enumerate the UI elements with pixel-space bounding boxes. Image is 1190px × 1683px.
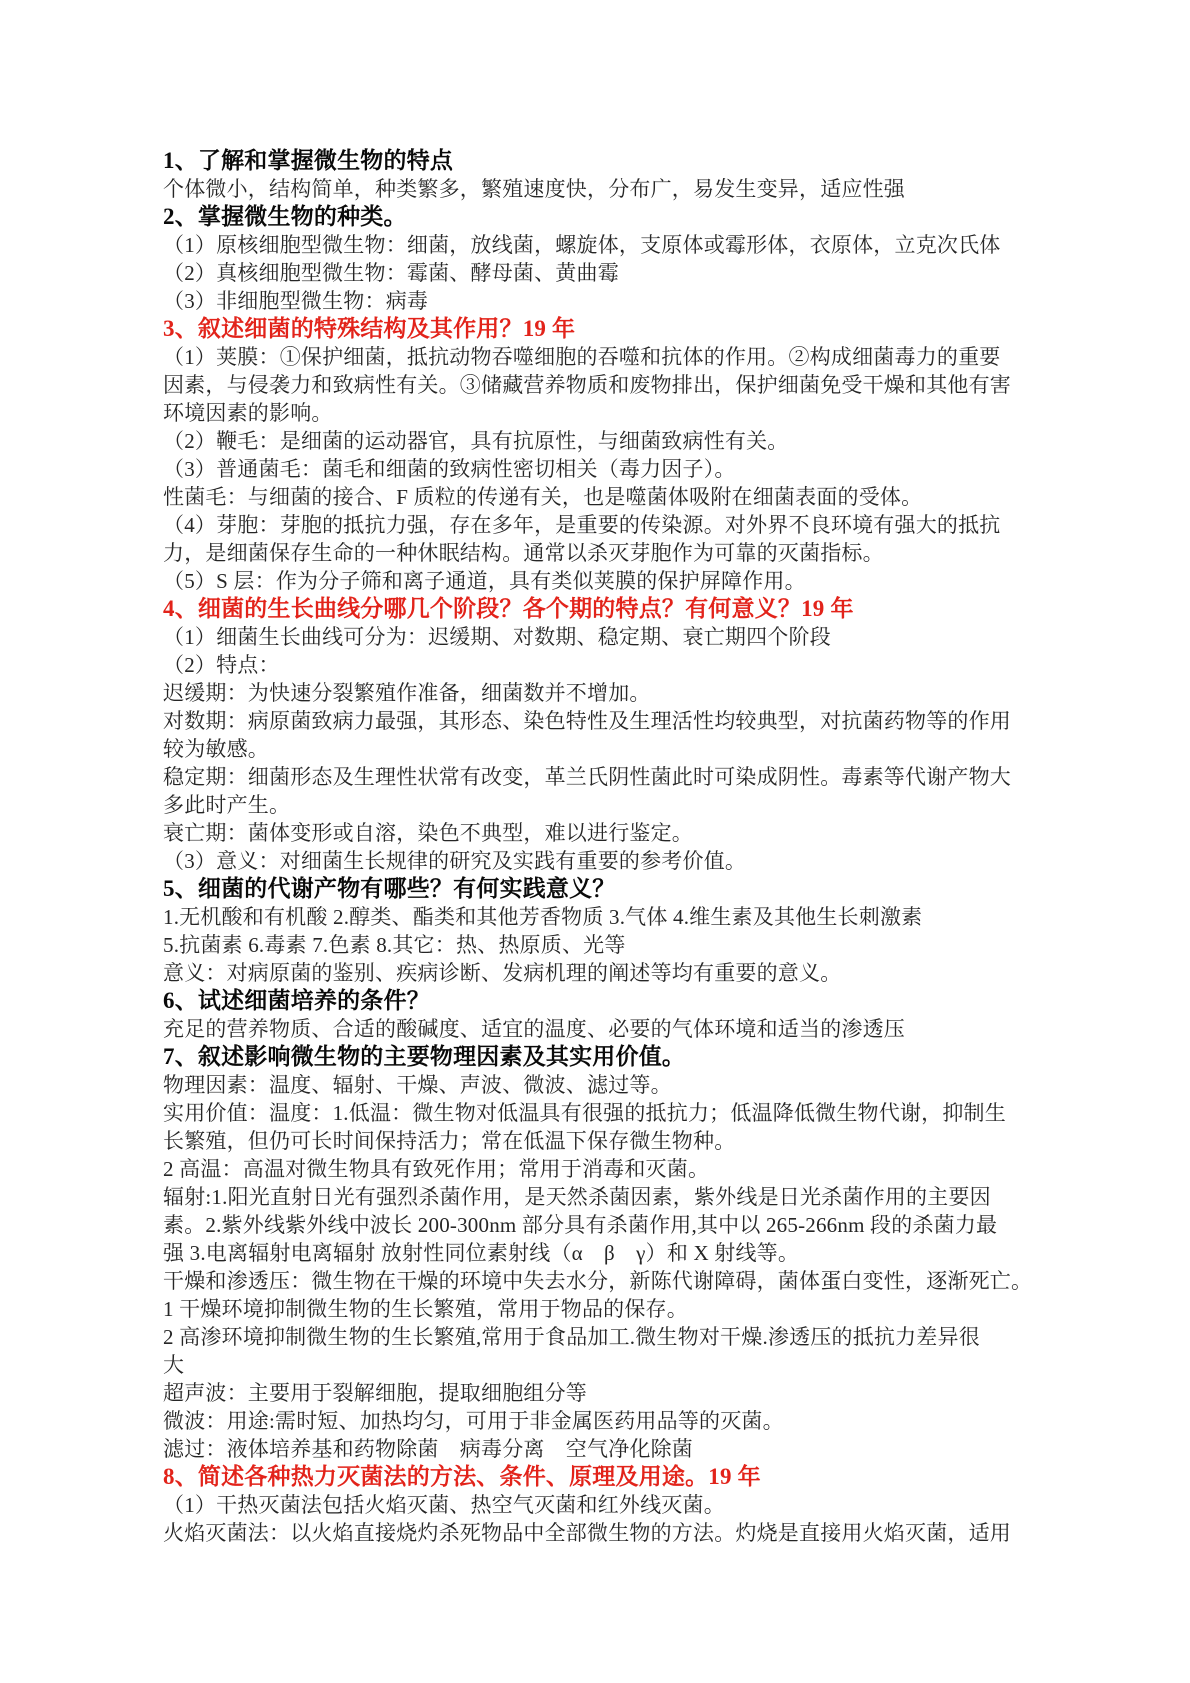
document-line: 多此时产生。 bbox=[163, 791, 1043, 819]
document-line: 意义：对病原菌的鉴别、疾病诊断、发病机理的阐述等均有重要的意义。 bbox=[163, 959, 1043, 987]
document-line: （5）S 层：作为分子筛和离子通道，具有类似荚膜的保护屏障作用。 bbox=[163, 567, 1043, 595]
document-line: （2）真核细胞型微生物：霉菌、酵母菌、黄曲霉 bbox=[163, 259, 1043, 287]
document-line: 2 高渗环境抑制微生物的生长繁殖,常用于食品加工.微生物对干燥.渗透压的抵抗力差… bbox=[163, 1323, 1043, 1351]
document-line: （2）鞭毛：是细菌的运动器官，具有抗原性，与细菌致病性有关。 bbox=[163, 427, 1043, 455]
document-line: （4）芽胞：芽胞的抵抗力强，存在多年，是重要的传染源。对外界不良环境有强大的抵抗 bbox=[163, 511, 1043, 539]
document-heading: 3、叙述细菌的特殊结构及其作用？19 年 bbox=[163, 315, 1043, 343]
document-line: （1）干热灭菌法包括火焰灭菌、热空气灭菌和红外线灭菌。 bbox=[163, 1491, 1043, 1519]
document-line: 长繁殖，但仍可长时间保持活力；常在低温下保存微生物种。 bbox=[163, 1127, 1043, 1155]
document-line: 性菌毛：与细菌的接合、F 质粒的传递有关，也是噬菌体吸附在细菌表面的受体。 bbox=[163, 483, 1043, 511]
document-line: 因素，与侵袭力和致病性有关。③储藏营养物质和废物排出，保护细菌免受干燥和其他有害 bbox=[163, 371, 1043, 399]
document-line: 辐射:1.阳光直射日光有强烈杀菌作用，是天然杀菌因素，紫外线是日光杀菌作用的主要… bbox=[163, 1183, 1043, 1211]
document-lines: 1、了解和掌握微生物的特点个体微小，结构简单，种类繁多，繁殖速度快，分布广，易发… bbox=[163, 147, 1043, 1547]
document-heading: 8、简述各种热力灭菌法的方法、条件、原理及用途。19 年 bbox=[163, 1463, 1043, 1491]
document-heading: 7、叙述影响微生物的主要物理因素及其实用价值。 bbox=[163, 1043, 1043, 1071]
document-line: 衰亡期：菌体变形或自溶，染色不典型，难以进行鉴定。 bbox=[163, 819, 1043, 847]
document-line: 1 干燥环境抑制微生物的生长繁殖，常用于物品的保存。 bbox=[163, 1295, 1043, 1323]
document-line: 2 高温：高温对微生物具有致死作用；常用于消毒和灭菌。 bbox=[163, 1155, 1043, 1183]
document-heading: 6、试述细菌培养的条件？ bbox=[163, 987, 1043, 1015]
document-line: 对数期：病原菌致病力最强，其形态、染色特性及生理活性均较典型，对抗菌药物等的作用 bbox=[163, 707, 1043, 735]
document-line: （3）普通菌毛：菌毛和细菌的致病性密切相关（毒力因子）。 bbox=[163, 455, 1043, 483]
document-line: 火焰灭菌法：以火焰直接烧灼杀死物品中全部微生物的方法。灼烧是直接用火焰灭菌，适用 bbox=[163, 1519, 1043, 1547]
document-line: 微波：用途:需时短、加热均匀，可用于非金属医药用品等的灭菌。 bbox=[163, 1407, 1043, 1435]
document-line: 大 bbox=[163, 1351, 1043, 1379]
document-line: 干燥和渗透压：微生物在干燥的环境中失去水分，新陈代谢障碍，菌体蛋白变性，逐渐死亡… bbox=[163, 1267, 1043, 1295]
document-line: （3）非细胞型微生物：病毒 bbox=[163, 287, 1043, 315]
document-line: 环境因素的影响。 bbox=[163, 399, 1043, 427]
document-line: 1.无机酸和有机酸 2.醇类、酯类和其他芳香物质 3.气体 4.维生素及其他生长… bbox=[163, 903, 1043, 931]
document-line: 稳定期：细菌形态及生理性状常有改变，革兰氏阴性菌此时可染成阴性。毒素等代谢产物大 bbox=[163, 763, 1043, 791]
document-line: 素。2.紫外线紫外线中波长 200-300nm 部分具有杀菌作用,其中以 265… bbox=[163, 1211, 1043, 1239]
document-line: （1）荚膜：①保护细菌，抵抗动物吞噬细胞的吞噬和抗体的作用。②构成细菌毒力的重要 bbox=[163, 343, 1043, 371]
document-line: 滤过：液体培养基和药物除菌 病毒分离 空气净化除菌 bbox=[163, 1435, 1043, 1463]
document-line: 强 3.电离辐射电离辐射 放射性同位素射线（α β γ）和 X 射线等。 bbox=[163, 1239, 1043, 1267]
document-heading: 2、掌握微生物的种类。 bbox=[163, 203, 1043, 231]
document-line: 力，是细菌保存生命的一种休眠结构。通常以杀灭芽胞作为可靠的灭菌指标。 bbox=[163, 539, 1043, 567]
document-line: 充足的营养物质、合适的酸碱度、适宜的温度、必要的气体环境和适当的渗透压 bbox=[163, 1015, 1043, 1043]
document-line: 迟缓期：为快速分裂繁殖作准备，细菌数并不增加。 bbox=[163, 679, 1043, 707]
document-heading: 4、细菌的生长曲线分哪几个阶段？各个期的特点？有何意义？19 年 bbox=[163, 595, 1043, 623]
document-line: （3）意义：对细菌生长规律的研究及实践有重要的参考价值。 bbox=[163, 847, 1043, 875]
document-line: 5.抗菌素 6.毒素 7.色素 8.其它：热、热原质、光等 bbox=[163, 931, 1043, 959]
document-heading: 5、细菌的代谢产物有哪些？有何实践意义？ bbox=[163, 875, 1043, 903]
document-line: 超声波：主要用于裂解细胞，提取细胞组分等 bbox=[163, 1379, 1043, 1407]
document-line: 实用价值：温度：1.低温：微生物对低温具有很强的抵抗力；低温降低微生物代谢，抑制… bbox=[163, 1099, 1043, 1127]
document-page: 1、了解和掌握微生物的特点个体微小，结构简单，种类繁多，繁殖速度快，分布广，易发… bbox=[0, 0, 1190, 1683]
document-line: （1）原核细胞型微生物：细菌，放线菌，螺旋体，支原体或霉形体，衣原体，立克次氏体 bbox=[163, 231, 1043, 259]
document-line: （1）细菌生长曲线可分为：迟缓期、对数期、稳定期、衰亡期四个阶段 bbox=[163, 623, 1043, 651]
document-line: （2）特点： bbox=[163, 651, 1043, 679]
document-line: 个体微小，结构简单，种类繁多，繁殖速度快，分布广，易发生变异，适应性强 bbox=[163, 175, 1043, 203]
document-line: 较为敏感。 bbox=[163, 735, 1043, 763]
document-heading: 1、了解和掌握微生物的特点 bbox=[163, 147, 1043, 175]
document-line: 物理因素：温度、辐射、干燥、声波、微波、滤过等。 bbox=[163, 1071, 1043, 1099]
